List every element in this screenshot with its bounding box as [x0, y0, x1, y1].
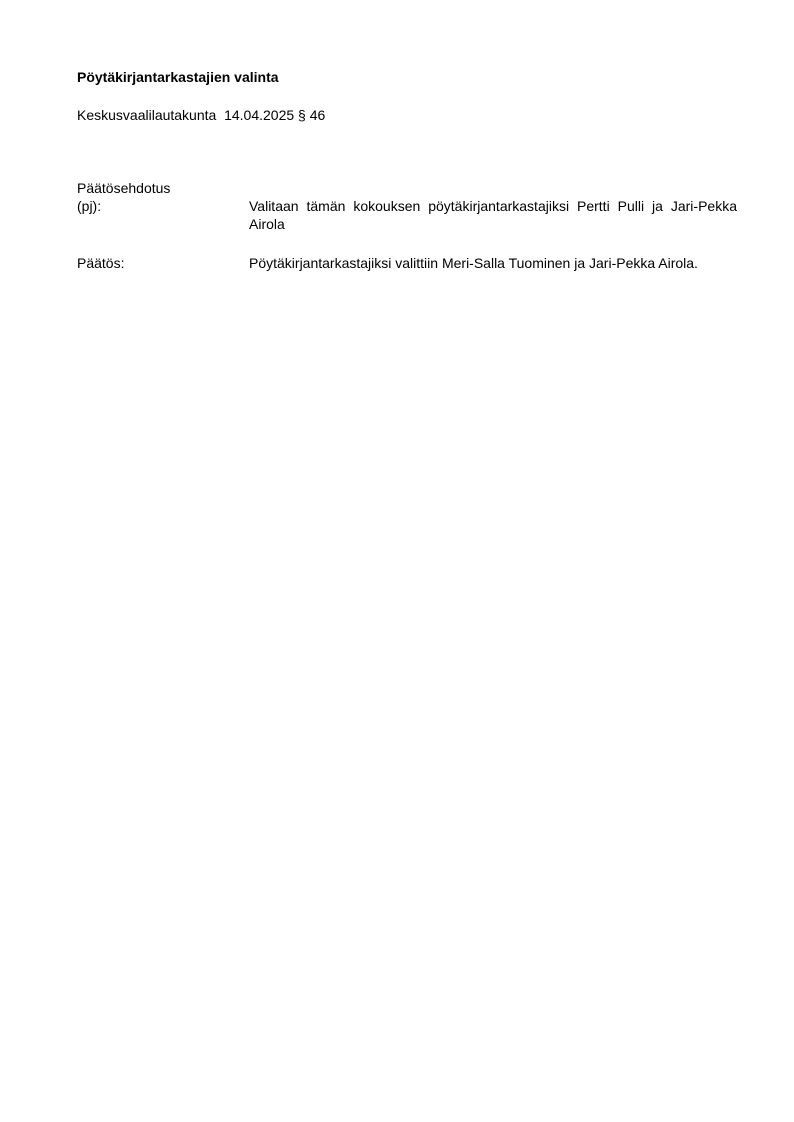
document-title: Pöytäkirjantarkastajien valinta: [77, 69, 279, 85]
decision-text: Pöytäkirjantarkastajiksi valittiin Meri-…: [249, 254, 737, 272]
decision-label: Päätös:: [77, 254, 247, 272]
proposal-label-line1: Päätösehdotus: [77, 179, 247, 197]
proposal-label: Päätösehdotus (pj):: [77, 179, 247, 215]
proposal-label-line2: (pj):: [77, 197, 247, 215]
proposal-text: Valitaan tämän kokouksen pöytäkirjantark…: [249, 197, 737, 233]
meeting-line: Keskusvaalilautakunta 14.04.2025 § 46: [77, 107, 325, 123]
